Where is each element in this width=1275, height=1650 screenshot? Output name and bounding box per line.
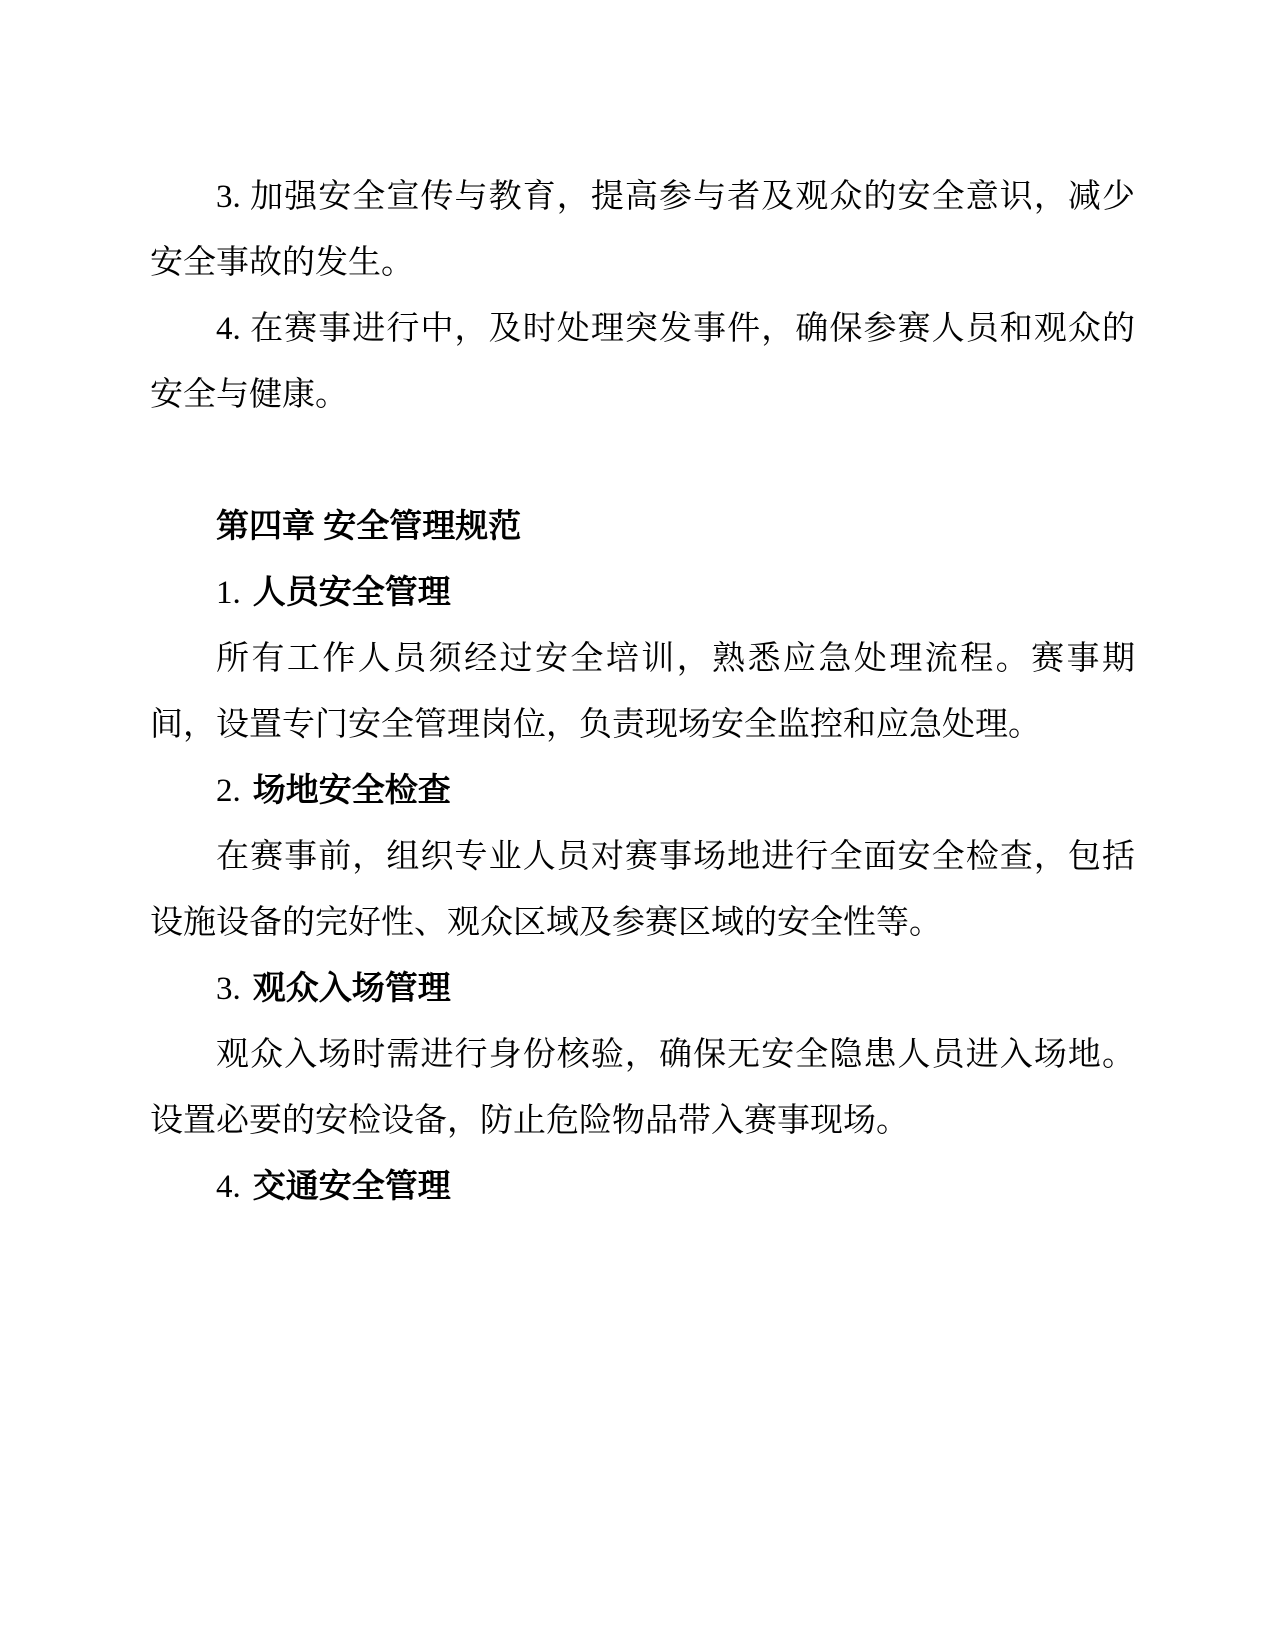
- section-title: 观众入场管理: [253, 971, 451, 1007]
- section-heading: 4.交通安全管理: [150, 1154, 1135, 1220]
- section-body: 观众入场时需进行身份核验，确保无安全隐患人员进入场地。设置必要的安检设备，防止危…: [150, 1022, 1135, 1154]
- section-venue-safety: 2.场地安全检查 在赛事前，组织专业人员对赛事场地进行全面安全检查，包括设施设备…: [150, 758, 1135, 956]
- section-personnel-safety: 1.人员安全管理 所有工作人员须经过安全培训，熟悉应急处理流程。赛事期间，设置专…: [150, 560, 1135, 758]
- numbered-paragraph-4: 4. 在赛事进行中，及时处理突发事件，确保参赛人员和观众的安全与健康。: [150, 296, 1135, 428]
- section-title: 人员安全管理: [253, 575, 451, 611]
- section-title: 交通安全管理: [253, 1169, 451, 1205]
- section-title: 场地安全检查: [253, 773, 451, 809]
- section-heading: 1.人员安全管理: [150, 560, 1135, 626]
- section-number: 3.: [216, 971, 241, 1007]
- numbered-paragraph-3: 3. 加强安全宣传与教育，提高参与者及观众的安全意识，减少安全事故的发生。: [150, 164, 1135, 296]
- document-page: 3. 加强安全宣传与教育，提高参与者及观众的安全意识，减少安全事故的发生。 4.…: [0, 0, 1275, 1650]
- section-heading: 2.场地安全检查: [150, 758, 1135, 824]
- section-number: 4.: [216, 1169, 241, 1205]
- section-body: 在赛事前，组织专业人员对赛事场地进行全面安全检查，包括设施设备的完好性、观众区域…: [150, 824, 1135, 956]
- section-body: 所有工作人员须经过安全培训，熟悉应急处理流程。赛事期间，设置专门安全管理岗位，负…: [150, 626, 1135, 758]
- section-traffic-safety: 4.交通安全管理: [150, 1154, 1135, 1220]
- chapter-heading: 第四章 安全管理规范: [150, 494, 1135, 560]
- section-number: 2.: [216, 773, 241, 809]
- section-heading: 3.观众入场管理: [150, 956, 1135, 1022]
- section-number: 1.: [216, 575, 241, 611]
- section-audience-entry: 3.观众入场管理 观众入场时需进行身份核验，确保无安全隐患人员进入场地。设置必要…: [150, 956, 1135, 1154]
